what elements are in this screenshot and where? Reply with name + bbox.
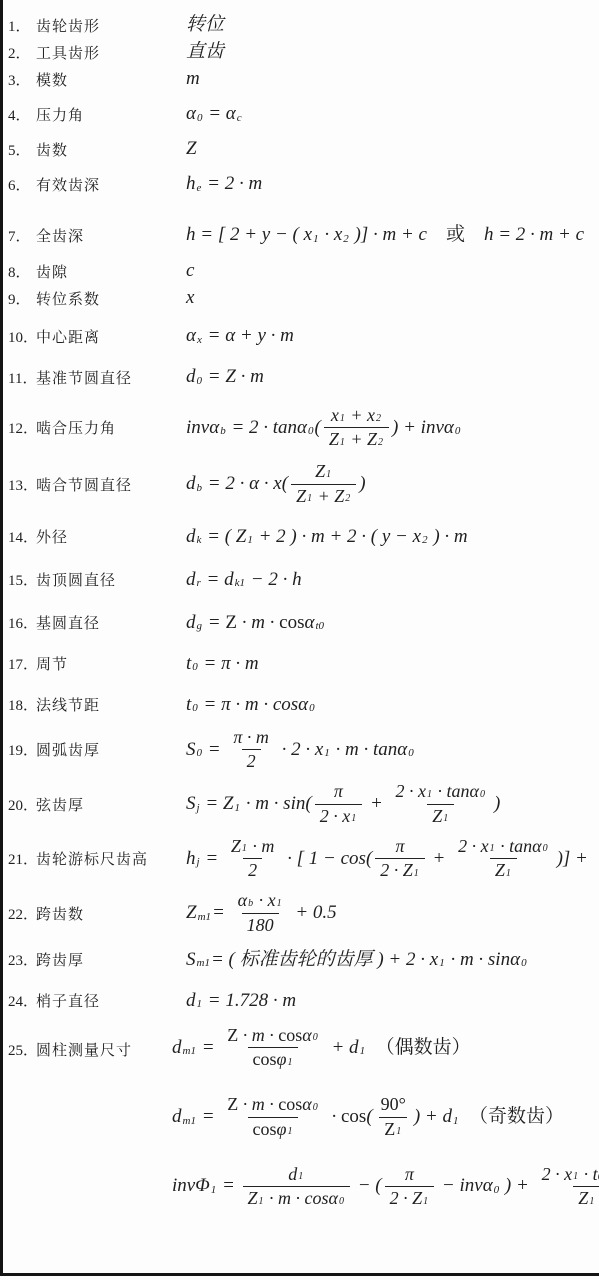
formula-line: dr = dk1 − 2 · h	[186, 567, 599, 593]
row-formula: d0 = Z · m	[186, 364, 599, 390]
row-formula: db = 2 · α · x(Z1Z1 + Z2)	[186, 461, 599, 506]
row-number: 22．	[8, 903, 36, 924]
formula-row: 6．有效齿深he = 2 · m	[0, 171, 599, 197]
row-label: 转位系数	[36, 288, 186, 309]
fraction: 2 · x1 · tanα0Z1	[391, 781, 491, 826]
row-formula: m	[186, 66, 599, 92]
row-formula: Sm1= ( 标准齿轮的齿厚 ) + 2 · x1 · m · sinα0	[186, 947, 599, 973]
gear-formula-sheet: 1．齿轮齿形转位2．工具齿形直齿3．模数m4．压力角α0 = αc5．齿数Z6．…	[0, 0, 599, 1280]
formula-line: 直齿	[186, 39, 599, 65]
row-label: 齿隙	[36, 261, 186, 282]
row-formula: 直齿	[186, 39, 599, 65]
row-label: 基圆直径	[36, 612, 186, 633]
row-formula: hj = Z1 · m2 · [ 1 − cos(π2 · Z1 + 2 · x…	[186, 836, 599, 881]
row-number: 20．	[8, 794, 36, 815]
row-formula: c	[186, 258, 599, 284]
row-number: 18．	[8, 694, 36, 715]
formula-line: invΦ1 = d1Z1 · m · cosα0 − (π2 · Z1 − in…	[172, 1164, 599, 1209]
row-number: 24．	[8, 990, 36, 1011]
row-label: 圆弧齿厚	[36, 739, 186, 760]
row-number: 17．	[8, 653, 36, 674]
formula-line: Z	[186, 136, 599, 162]
formula-line: h = [ 2 + y − ( x1 · x2 )] · m + c 或 h =…	[186, 222, 599, 248]
row-label: 齿轮齿形	[36, 15, 186, 36]
row-formula: 转位	[186, 12, 599, 38]
formula-row: 14．外径dk = ( Z1 + 2 ) · m + 2 · ( y − x2 …	[0, 524, 599, 550]
fraction: 90°Z1	[376, 1094, 411, 1139]
row-formula: dk = ( Z1 + 2 ) · m + 2 · ( y − x2 ) · m	[186, 524, 599, 550]
formula-row: 20．弦齿厚Sj = Z1 · m · sin(π2 · x1 + 2 · x1…	[0, 781, 599, 826]
fraction: π · m2	[228, 727, 274, 772]
formula-line: he = 2 · m	[186, 171, 599, 197]
row-number: 11．	[8, 367, 36, 388]
row-label: 齿顶圆直径	[36, 569, 186, 590]
fraction: αb · x1180	[233, 890, 288, 935]
row-label: 基准节圆直径	[36, 367, 186, 388]
row-number: 14．	[8, 526, 36, 547]
formula-row: 4．压力角α0 = αc	[0, 101, 599, 127]
formula-line: Zm1= αb · x1180 + 0.5	[186, 890, 599, 935]
fraction: π2 · Z1	[385, 1164, 435, 1209]
formula-line: 转位	[186, 12, 599, 38]
row-number: 8．	[8, 261, 36, 282]
formula-line: x	[186, 285, 599, 311]
row-formula: d1 = 1.728 · m	[186, 988, 599, 1014]
formula-row: 1．齿轮齿形转位	[0, 12, 599, 38]
formula-line: d1 = 1.728 · m	[186, 988, 599, 1014]
fraction: x1 + x2Z1 + Z2	[324, 405, 389, 450]
fraction: π2 · x1	[315, 781, 363, 826]
row-number: 2．	[8, 42, 36, 63]
row-formula: Sj = Z1 · m · sin(π2 · x1 + 2 · x1 · tan…	[186, 781, 599, 826]
formula-line: invαb = 2 · tanα0(x1 + x2Z1 + Z2) + invα…	[186, 405, 599, 450]
page-bottom-border	[0, 1273, 599, 1276]
fraction: 2 · x1 · tanα0Z1	[537, 1164, 599, 1209]
row-number: 9．	[8, 288, 36, 309]
row-number: 4．	[8, 104, 36, 125]
formula-line: Sj = Z1 · m · sin(π2 · x1 + 2 · x1 · tan…	[186, 781, 599, 826]
row-label: 圆柱测量尺寸	[36, 1025, 186, 1060]
row-number: 5．	[8, 139, 36, 160]
row-label: 工具齿形	[36, 42, 186, 63]
formula-line: Sm1= ( 标准齿轮的齿厚 ) + 2 · x1 · m · sinα0	[186, 947, 599, 973]
page-left-border	[0, 0, 3, 1275]
row-formula: Zm1= αb · x1180 + 0.5	[186, 890, 599, 935]
row-number: 25．	[8, 1025, 36, 1060]
formula-row: 3．模数m	[0, 66, 599, 92]
row-label: 啮合压力角	[36, 417, 186, 438]
row-label: 跨齿数	[36, 903, 186, 924]
formula-line: dk = ( Z1 + 2 ) · m + 2 · ( y − x2 ) · m	[186, 524, 599, 550]
formula-line: dg = Z · m · cosαt0	[186, 610, 599, 636]
row-formula: h = [ 2 + y − ( x1 · x2 )] · m + c 或 h =…	[186, 222, 599, 248]
row-label: 跨齿厚	[36, 949, 186, 970]
formula-line: db = 2 · α · x(Z1Z1 + Z2)	[186, 461, 599, 506]
formula-line: d0 = Z · m	[186, 364, 599, 390]
formula-line: hj = Z1 · m2 · [ 1 − cos(π2 · Z1 + 2 · x…	[186, 836, 599, 881]
row-number: 12．	[8, 417, 36, 438]
formula-line: t0 = π · m · cosα0	[186, 692, 599, 718]
formula-line: S0 = π · m2 · 2 · x1 · m · tanα0	[186, 727, 599, 772]
formula-row: 2．工具齿形直齿	[0, 39, 599, 65]
formula-row: 16．基圆直径dg = Z · m · cosαt0	[0, 610, 599, 636]
formula-row: 8．齿隙c	[0, 258, 599, 284]
formula-row: 25．圆柱测量尺寸dm1 = Z · m · cosα0cosφ1 + d1 （…	[0, 1025, 599, 1209]
row-label: 周节	[36, 653, 186, 674]
row-label: 模数	[36, 69, 186, 90]
formula-line: αx = α + y · m	[186, 323, 599, 349]
formula-row: 7．全齿深h = [ 2 + y − ( x1 · x2 )] · m + c …	[0, 222, 599, 248]
formula-row: 22．跨齿数Zm1= αb · x1180 + 0.5	[0, 890, 599, 935]
row-label: 全齿深	[36, 225, 186, 246]
formula-row: 11．基准节圆直径d0 = Z · m	[0, 364, 599, 390]
fraction: π2 · Z1	[375, 836, 425, 881]
formula-row: 18．法线节距t0 = π · m · cosα0	[0, 692, 599, 718]
formula-row: 10．中心距离αx = α + y · m	[0, 323, 599, 349]
formula-row: 23．跨齿厚Sm1= ( 标准齿轮的齿厚 ) + 2 · x1 · m · si…	[0, 947, 599, 973]
row-label: 压力角	[36, 104, 186, 125]
formula-row: 15．齿顶圆直径dr = dk1 − 2 · h	[0, 567, 599, 593]
row-formula: he = 2 · m	[186, 171, 599, 197]
row-label: 法线节距	[36, 694, 186, 715]
row-number: 1．	[8, 15, 36, 36]
row-number: 16．	[8, 612, 36, 633]
row-number: 21．	[8, 848, 36, 869]
formula-row: 24．梢子直径d1 = 1.728 · m	[0, 988, 599, 1014]
row-label: 梢子直径	[36, 990, 186, 1011]
row-formula: dg = Z · m · cosαt0	[186, 610, 599, 636]
row-formula: αx = α + y · m	[186, 323, 599, 349]
row-label: 弦齿厚	[36, 794, 186, 815]
formula-list: 1．齿轮齿形转位2．工具齿形直齿3．模数m4．压力角α0 = αc5．齿数Z6．…	[0, 0, 599, 1209]
row-label: 齿轮游标尺齿高	[36, 848, 186, 869]
fraction: Z · m · cosα0cosφ1	[222, 1025, 323, 1070]
row-number: 19．	[8, 739, 36, 760]
formula-line: m	[186, 66, 599, 92]
row-number: 10．	[8, 326, 36, 347]
formula-row: 13．啮合节圆直径db = 2 · α · x(Z1Z1 + Z2)	[0, 461, 599, 506]
row-label: 啮合节圆直径	[36, 474, 186, 495]
row-formula: x	[186, 285, 599, 311]
formula-row: 12．啮合压力角invαb = 2 · tanα0(x1 + x2Z1 + Z2…	[0, 405, 599, 450]
fraction: d1Z1 · m · cosα0	[243, 1164, 350, 1209]
formula-row: 19．圆弧齿厚S0 = π · m2 · 2 · x1 · m · tanα0	[0, 727, 599, 772]
fraction: Z1 · m2	[226, 836, 280, 881]
formula-line: α0 = αc	[186, 101, 599, 127]
row-formula: t0 = π · m · cosα0	[186, 692, 599, 718]
formula-line: dm1 = Z · m · cosα0cosφ1 + d1 （偶数齿）	[172, 1025, 599, 1070]
row-formula: α0 = αc	[186, 101, 599, 127]
row-label: 中心距离	[36, 326, 186, 347]
row-number: 6．	[8, 174, 36, 195]
row-label: 齿数	[36, 139, 186, 160]
row-formula: Z	[186, 136, 599, 162]
row-formula: dr = dk1 − 2 · h	[186, 567, 599, 593]
row-formula: S0 = π · m2 · 2 · x1 · m · tanα0	[186, 727, 599, 772]
row-label: 外径	[36, 526, 186, 547]
formula-row: 17．周节t0 = π · m	[0, 651, 599, 677]
fraction: dk1 − d012	[596, 836, 599, 881]
row-formula: t0 = π · m	[186, 651, 599, 677]
fraction: 2 · x1 · tanα0Z1	[453, 836, 553, 881]
row-number: 7．	[8, 225, 36, 246]
fraction: Z · m · cosα0cosφ1	[222, 1094, 323, 1139]
row-label: 有效齿深	[36, 174, 186, 195]
row-formula: invαb = 2 · tanα0(x1 + x2Z1 + Z2) + invα…	[186, 405, 599, 450]
row-number: 23．	[8, 949, 36, 970]
row-number: 15．	[8, 569, 36, 590]
row-formula: dm1 = Z · m · cosα0cosφ1 + d1 （偶数齿）dm1 =…	[172, 1025, 599, 1209]
row-number: 13．	[8, 474, 36, 495]
formula-row: 9．转位系数x	[0, 285, 599, 311]
row-number: 3．	[8, 69, 36, 90]
formula-line: dm1 = Z · m · cosα0cosφ1 · cos(90°Z1) + …	[172, 1094, 599, 1139]
formula-line: t0 = π · m	[186, 651, 599, 677]
fraction: Z1Z1 + Z2	[291, 461, 356, 506]
formula-row: 21．齿轮游标尺齿高hj = Z1 · m2 · [ 1 − cos(π2 · …	[0, 836, 599, 881]
formula-line: c	[186, 258, 599, 284]
formula-row: 5．齿数Z	[0, 136, 599, 162]
